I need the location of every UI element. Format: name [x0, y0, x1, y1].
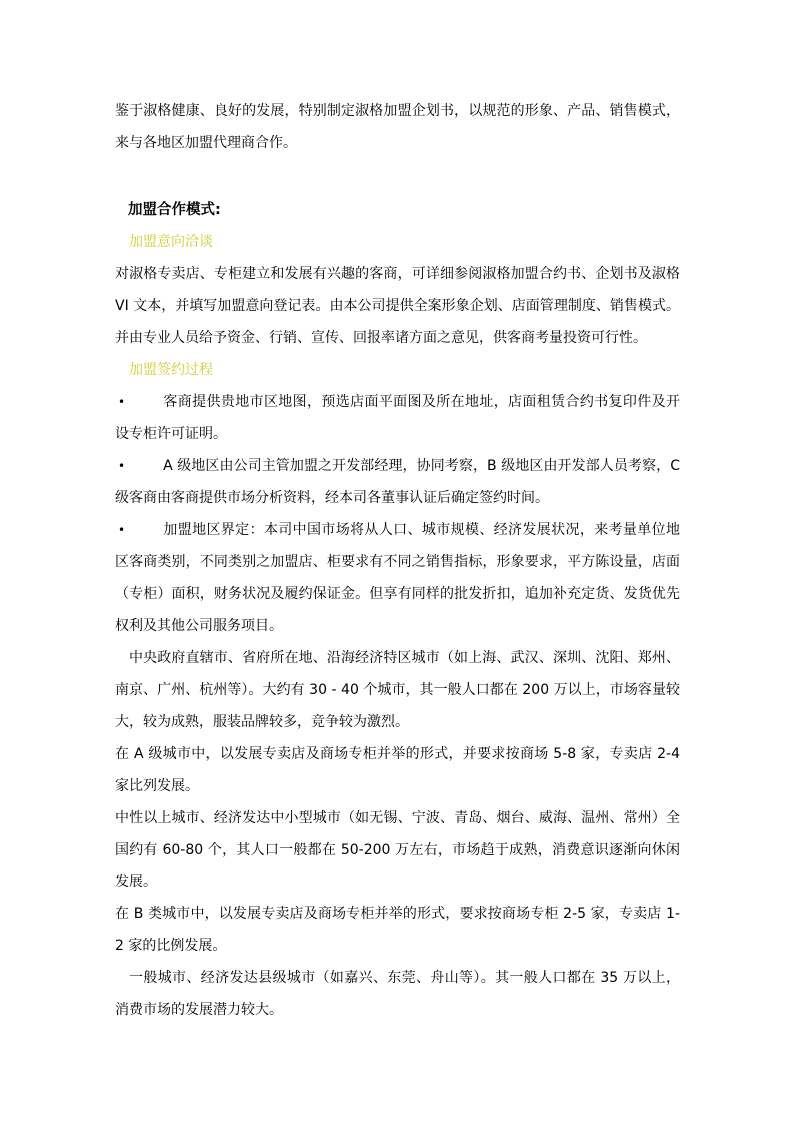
- paragraph-intent-negotiation: 对淑格专卖店、专柜建立和发展有兴趣的客商，可详细参阅淑格加盟合约书、企划书及淑格…: [115, 258, 680, 354]
- bullet-text: 客商提供贵地市区地图，预选店面平面图及所在地址，店面租赁合约书复印件及开设专柜许…: [115, 394, 680, 442]
- bullet-item-region-definition: •加盟地区界定：本司中国市场将从人口、城市规模、经济发展状况，来考量单位地区客商…: [115, 514, 680, 642]
- paragraph-a-cities-plan: 在 A 级城市中，以发展专卖店及商场专柜并举的形式，并要求按商场 5-8 家，专…: [115, 738, 680, 802]
- section-title-cooperation-mode: 加盟合作模式:: [115, 194, 680, 226]
- bullet-marker: •: [115, 395, 125, 409]
- bullet-marker: •: [115, 459, 125, 473]
- bullet-marker: •: [115, 523, 125, 537]
- subsection-heading-intent-negotiation: 加盟意向洽谈: [115, 226, 680, 258]
- bullet-item-region-inspection: •A 级地区由公司主管加盟之开发部经理，协同考察，B 级地区由开发部人员考察，C…: [115, 450, 680, 514]
- subsection-heading-signing-process: 加盟签约过程: [115, 354, 680, 386]
- paragraph-b-cities-plan: 在 B 类城市中，以发展专卖店及商场专柜并举的形式，要求按商场专柜 2-5 家，…: [115, 898, 680, 962]
- paragraph-intro: 鉴于淑格健康、良好的发展，特别制定淑格加盟企划书，以规范的形象、产品、销售模式，…: [115, 95, 680, 159]
- paragraph-b-cities: 中性以上城市、经济发达中小型城市（如无锡、宁波、青岛、烟台、威海、温州、常州）全…: [115, 802, 680, 898]
- document-page: 鉴于淑格健康、良好的发展，特别制定淑格加盟企划书，以规范的形象、产品、销售模式，…: [0, 0, 794, 1123]
- bullet-text: 加盟地区界定：本司中国市场将从人口、城市规模、经济发展状况，来考量单位地区客商类…: [115, 522, 680, 634]
- paragraph-c-cities: 一般城市、经济发达县级城市（如嘉兴、东莞、舟山等）。其一般人口都在 35 万以上…: [115, 962, 680, 1026]
- bullet-item-documents: •客商提供贵地市区地图，预选店面平面图及所在地址，店面租赁合约书复印件及开设专柜…: [115, 386, 680, 450]
- paragraph-a-cities: 中央政府直辖市、省府所在地、沿海经济特区城市（如上海、武汉、深圳、沈阳、郑州、南…: [115, 642, 680, 738]
- bullet-text: A 级地区由公司主管加盟之开发部经理，协同考察，B 级地区由开发部人员考察，C …: [115, 458, 680, 506]
